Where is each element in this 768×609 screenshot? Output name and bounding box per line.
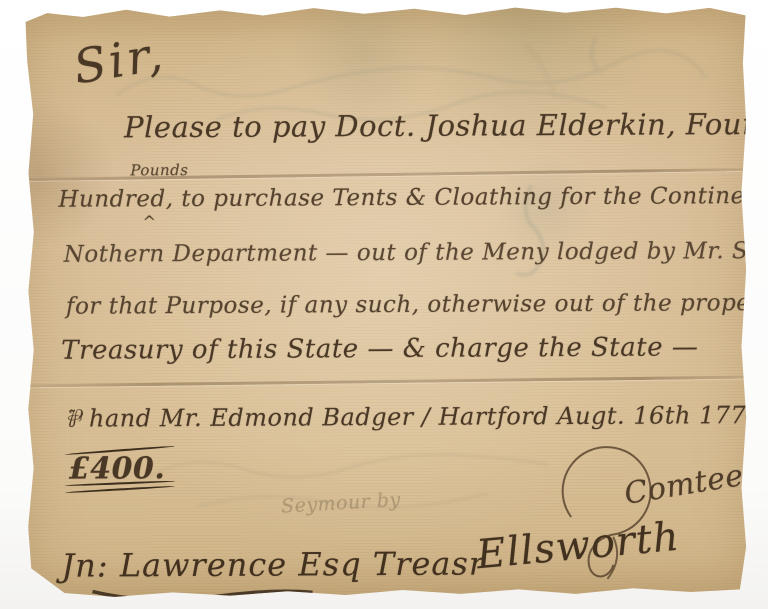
body-line-5: Treasury of this State — & charge the St… — [61, 332, 698, 365]
caret-mark: ^ — [143, 212, 157, 231]
body-line-1: Please to pay Doct. Joshua Elderkin, Fou… — [124, 107, 756, 144]
treasurer-signature: Jn: Lawrence Esq Treasr — [61, 544, 485, 584]
amount-figure: £400. — [69, 451, 166, 487]
body-line-3: Nothern Department — out of the Meny lod… — [64, 238, 768, 268]
photo-background: Sir, Please to pay Doct. Joshua Elderkin… — [0, 0, 768, 609]
signature-underline-swash — [88, 584, 318, 603]
body-line-2: Hundred, to purchase Tents & Cloathing f… — [58, 183, 768, 213]
fold-crease-middle — [27, 376, 747, 388]
document-paper: Sir, Please to pay Doct. Joshua Elderkin… — [25, 4, 748, 598]
body-line-4: for that Purpose, if any such, otherwise… — [66, 290, 762, 320]
interline-pounds: Pounds — [130, 161, 188, 179]
